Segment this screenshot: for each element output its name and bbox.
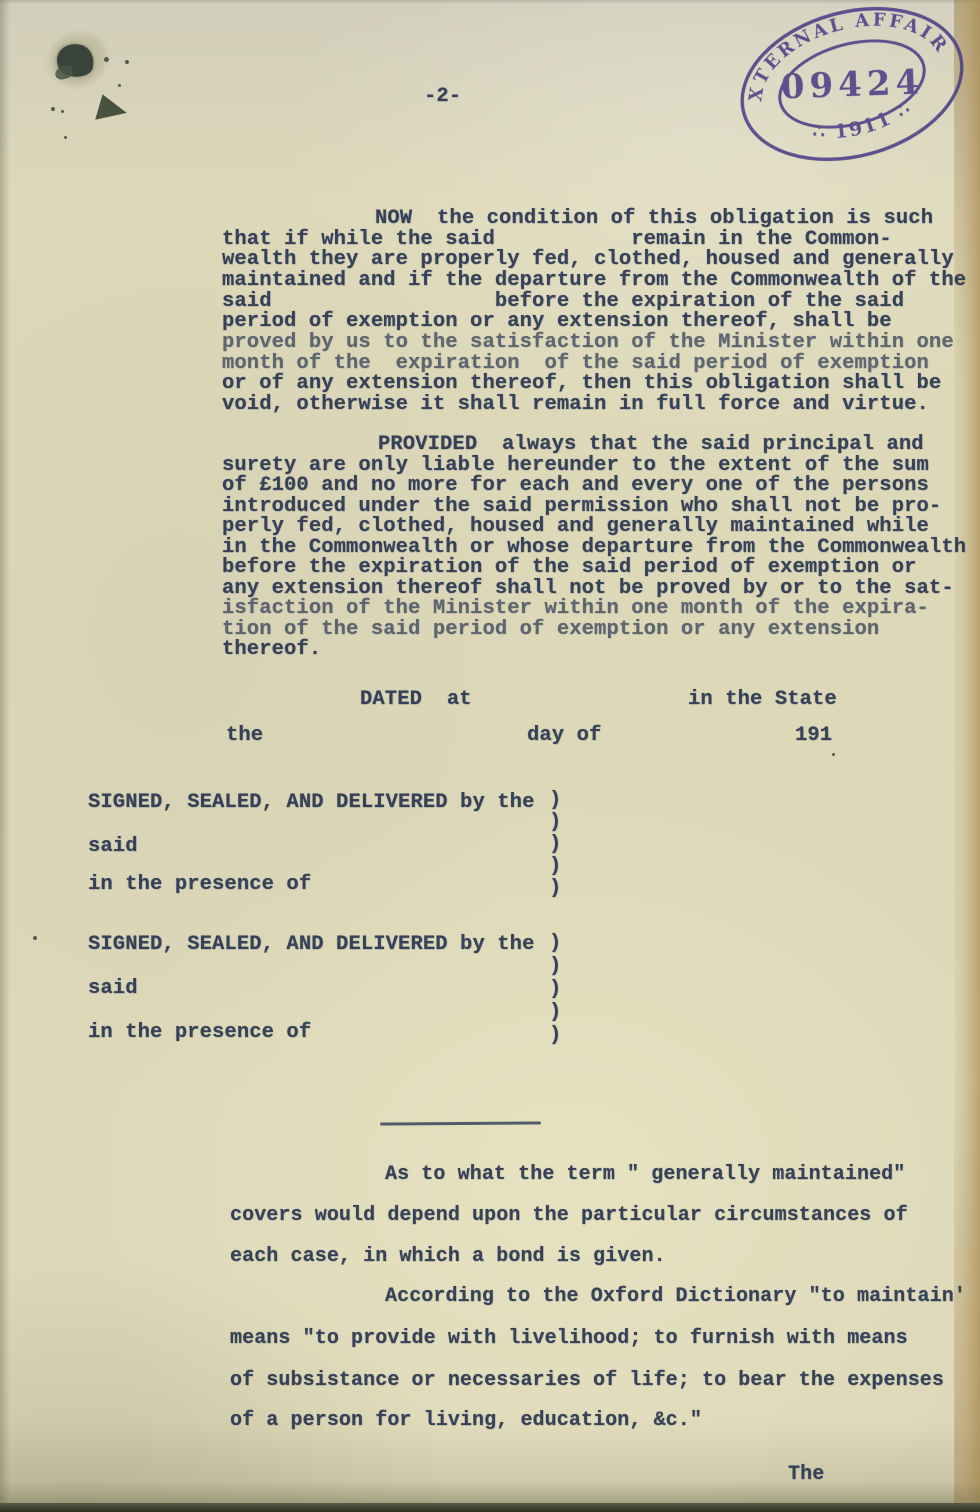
typewritten-line-notes: covers would depend upon the particular …	[230, 1205, 908, 1227]
typewritten-line-signature-brace-1: )	[549, 856, 561, 878]
typewritten-line-catchword: The	[788, 1464, 824, 1486]
typewritten-line-dated: DATED at	[360, 689, 472, 711]
page-edge-left	[0, 0, 10, 1512]
typewritten-line-signature-brace-1: )	[549, 834, 561, 856]
typewritten-line-proviso: of £100 and no more for each and every o…	[222, 475, 929, 497]
typewritten-line-proviso: perly fed, clothed, housed and generally…	[222, 516, 929, 538]
typewritten-line-signature-brace-2: )	[549, 933, 561, 955]
typewritten-line-signature-1: said	[88, 836, 138, 858]
typewritten-line-dated: day of	[527, 725, 601, 747]
typewritten-line-obligation: period of exemption or any extension the…	[222, 311, 892, 333]
typewritten-line-obligation: or of any extension thereof, then this o…	[222, 373, 941, 395]
typewritten-line-signature-1: in the presence of	[88, 874, 311, 896]
document-page: -2- EXTERNAL AFFAIRS 09424 ∴ 1911 ∴ NOW …	[0, 0, 980, 1512]
ink-speck	[125, 60, 129, 64]
typewritten-line-dated: in the State	[688, 689, 837, 711]
ink-blot-triangle	[95, 94, 128, 123]
typewritten-line-notes: As to what the term " generally maintain…	[385, 1164, 905, 1186]
typewritten-line-signature-1: SIGNED, SEALED, AND DELIVERED by the	[88, 792, 534, 814]
typewritten-line-signature-2: in the presence of	[88, 1022, 311, 1044]
typewritten-line-notes: means "to provide with livelihood; to fu…	[230, 1328, 908, 1350]
typewritten-line-notes: According to the Oxford Dictionary "to m…	[385, 1286, 966, 1308]
typewritten-line-proviso: thereof.	[222, 639, 321, 661]
typewritten-line-signature-2: said	[88, 978, 138, 1000]
ink-speck	[51, 107, 55, 111]
typewritten-line-proviso: before the expiration of the said period…	[222, 557, 917, 579]
page-edge-bottom	[0, 1503, 980, 1512]
external-affairs-stamp: EXTERNAL AFFAIRS 09424 ∴ 1911 ∴	[712, 0, 980, 195]
typewritten-line-signature-brace-1: )	[549, 812, 561, 834]
typewritten-line-notes: of a person for living, education, &c."	[230, 1410, 702, 1432]
ink-speck	[832, 753, 835, 756]
typewritten-line-obligation: maintained and if the departure from the…	[222, 270, 966, 292]
typewritten-line-proviso: PROVIDED always that the said principal …	[378, 434, 924, 456]
typewritten-line-dated: 191	[795, 725, 832, 747]
typewritten-line-dated: the	[226, 725, 263, 747]
typewritten-line-notes: each case, in which a bond is given.	[230, 1246, 666, 1268]
typewritten-line-signature-brace-1: )	[549, 878, 561, 900]
page-edge-bottom-shadow	[0, 1481, 980, 1503]
typewritten-line-obligation: wealth they are properly fed, clothed, h…	[222, 249, 954, 271]
ink-speck	[64, 136, 67, 139]
ink-speck	[104, 57, 109, 62]
typewritten-line-signature-brace-1: )	[549, 790, 561, 812]
typewritten-line-obligation: NOW the condition of this obligation is …	[375, 208, 933, 230]
typewritten-line-signature-brace-2: )	[549, 1002, 561, 1024]
typewritten-line-proviso: isfaction of the Minister within one mon…	[222, 598, 929, 620]
typewritten-line-signature-2: SIGNED, SEALED, AND DELIVERED by the	[88, 934, 534, 956]
typewritten-line-obligation: void, otherwise it shall remain in full …	[222, 394, 929, 416]
ink-speck	[118, 84, 121, 87]
typewritten-line-notes: of subsistance or necessaries of life; t…	[230, 1370, 944, 1392]
typewritten-line-signature-brace-2: )	[549, 956, 561, 978]
typewritten-line-signature-brace-2: )	[549, 1025, 561, 1047]
section-divider	[380, 1121, 541, 1125]
ink-speck	[61, 110, 64, 113]
page-number: -2-	[424, 86, 461, 108]
ink-speck	[33, 936, 37, 940]
typewritten-line-obligation: proved by us to the satisfaction of the …	[222, 332, 954, 354]
typewritten-line-signature-brace-2: )	[549, 979, 561, 1001]
